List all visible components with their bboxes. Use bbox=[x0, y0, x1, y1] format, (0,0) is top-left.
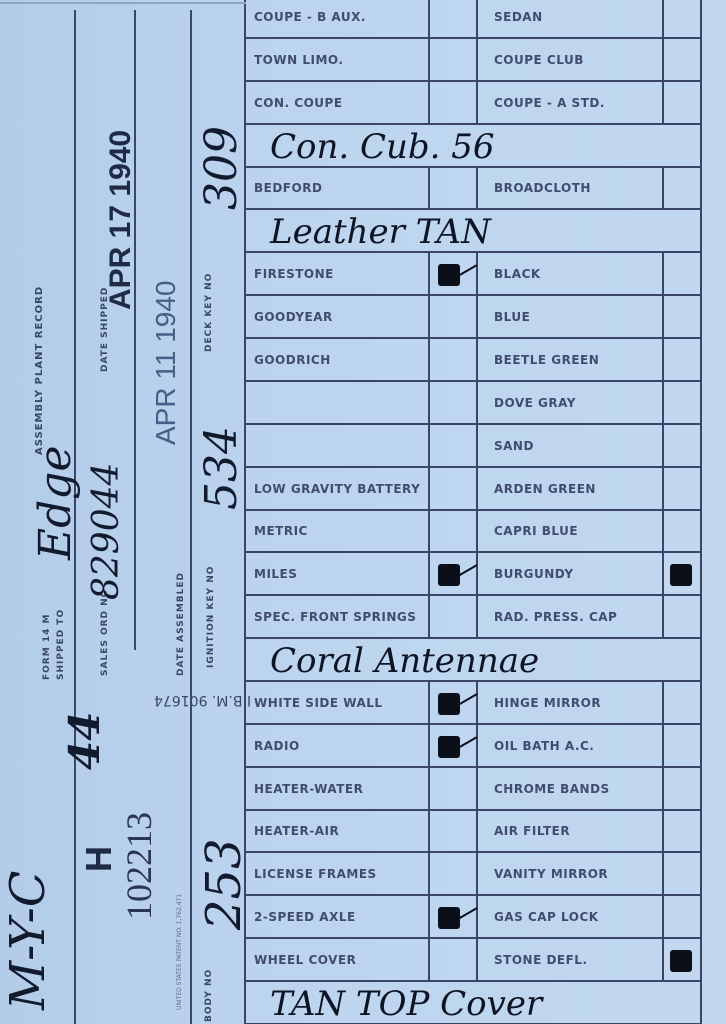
option-label-right: COUPE CLUB bbox=[494, 53, 584, 67]
sales-order-value: 829044 bbox=[86, 463, 127, 600]
option-label-left: SPEC. FRONT SPRINGS bbox=[254, 610, 416, 624]
date-assembled-value: APR 11 1940 bbox=[150, 281, 182, 446]
table-row: HEATER-WATERCHROME BANDS bbox=[246, 768, 702, 811]
option-label-right: CHROME BANDS bbox=[494, 782, 610, 796]
document-title: ASSEMBLY PLANT RECORD bbox=[34, 286, 45, 455]
form-number: FORM 14 M bbox=[42, 614, 53, 680]
divider bbox=[134, 10, 136, 650]
option-label-left: BEDFORD bbox=[254, 181, 322, 195]
body-number-label: BODY NO bbox=[204, 969, 215, 1022]
option-label-left: GOODYEAR bbox=[254, 310, 333, 324]
handwritten-note: Coral Antennae bbox=[270, 641, 539, 681]
option-label-right: BLACK bbox=[494, 267, 541, 281]
table-row: BEDFORDBROADCLOTH bbox=[246, 167, 702, 210]
option-label-left: LOW GRAVITY BATTERY bbox=[254, 482, 420, 496]
option-label-right: SEDAN bbox=[494, 10, 543, 24]
option-label-left: COUPE - B AUX. bbox=[254, 10, 366, 24]
check-mark-icon[interactable] bbox=[670, 950, 692, 972]
table-row: Leather TAN bbox=[246, 210, 702, 253]
date-shipped-value: APR 17 1940 bbox=[104, 130, 138, 310]
option-label-left: TOWN LIMO. bbox=[254, 53, 343, 67]
option-label-right: VANITY MIRROR bbox=[494, 867, 608, 881]
table-row: DOVE GRAY bbox=[246, 382, 702, 425]
table-row: COUPE - B AUX.SEDAN bbox=[246, 0, 702, 39]
table-row: WHITE SIDE WALLHINGE MIRROR bbox=[246, 682, 702, 725]
ignition-key-label: IGNITION KEY NO bbox=[206, 566, 217, 668]
deck-key-value: 309 bbox=[196, 126, 247, 210]
option-label-right: BLUE bbox=[494, 310, 530, 324]
serial-stamp-number: 102213 bbox=[118, 812, 160, 920]
table-row: HEATER-AIRAIR FILTER bbox=[246, 810, 702, 853]
table-row: WHEEL COVERSTONE DEFL. bbox=[246, 939, 702, 982]
option-label-left: MILES bbox=[254, 567, 297, 581]
option-label-right: CAPRI BLUE bbox=[494, 524, 578, 538]
table-row: LICENSE FRAMESVANITY MIRROR bbox=[246, 853, 702, 896]
ignition-key-value: 534 bbox=[196, 426, 247, 510]
check-mark-icon[interactable] bbox=[670, 564, 692, 586]
option-label-left: WHEEL COVER bbox=[254, 953, 356, 967]
option-label-right: SAND bbox=[494, 439, 534, 453]
table-row: LOW GRAVITY BATTERYARDEN GREEN bbox=[246, 468, 702, 511]
assembly-plant-record-card: ASSEMBLY PLANT RECORD FORM 14 M SHIPPED … bbox=[0, 0, 726, 1024]
divider bbox=[190, 10, 192, 1024]
option-label-left: HEATER-WATER bbox=[254, 782, 363, 796]
handwritten-model: 44 bbox=[60, 712, 109, 770]
table-row: CON. COUPECOUPE - A STD. bbox=[246, 82, 702, 125]
table-row: METRICCAPRI BLUE bbox=[246, 510, 702, 553]
deck-key-label: DECK KEY NO bbox=[204, 273, 215, 352]
table-row: Con. Cub. 56 bbox=[246, 125, 702, 168]
option-label-right: RAD. PRESS. CAP bbox=[494, 610, 617, 624]
option-label-right: DOVE GRAY bbox=[494, 396, 576, 410]
option-label-right: GAS CAP LOCK bbox=[494, 910, 599, 924]
table-row: 2-SPEED AXLEGAS CAP LOCK bbox=[246, 896, 702, 939]
option-label-right: OIL BATH A.C. bbox=[494, 739, 594, 753]
handwritten-note: Con. Cub. 56 bbox=[270, 127, 495, 167]
handwritten-note: Leather TAN bbox=[270, 212, 491, 252]
option-label-right: BURGUNDY bbox=[494, 567, 574, 581]
table-row: TAN TOP Cover bbox=[246, 982, 702, 1024]
option-label-right: STONE DEFL. bbox=[494, 953, 588, 967]
table-row: FIRESTONEBLACK bbox=[246, 253, 702, 296]
option-label-left: WHITE SIDE WALL bbox=[254, 696, 383, 710]
option-label-right: ARDEN GREEN bbox=[494, 482, 596, 496]
option-label-left: GOODRICH bbox=[254, 353, 331, 367]
option-label-left: 2-SPEED AXLE bbox=[254, 910, 356, 924]
option-label-left: CON. COUPE bbox=[254, 96, 343, 110]
check-tick-icon bbox=[458, 907, 478, 920]
option-label-left: HEATER-AIR bbox=[254, 824, 339, 838]
date-assembled-label: DATE ASSEMBLED bbox=[176, 572, 187, 676]
option-label-left: RADIO bbox=[254, 739, 300, 753]
check-tick-icon bbox=[458, 264, 478, 277]
options-grid: COUPE - B AUX.SEDANTOWN LIMO.COUPE CLUBC… bbox=[246, 0, 702, 1024]
patent-note: UNITED STATES PATENT NO. 1,762,471 bbox=[176, 894, 183, 1010]
handwritten-note: TAN TOP Cover bbox=[270, 984, 542, 1024]
option-label-right: HINGE MIRROR bbox=[494, 696, 601, 710]
table-row: SPEC. FRONT SPRINGSRAD. PRESS. CAP bbox=[246, 596, 702, 639]
table-row: GOODYEARBLUE bbox=[246, 296, 702, 339]
option-label-left: FIRESTONE bbox=[254, 267, 334, 281]
sales-order-label: SALES ORD NO bbox=[100, 589, 111, 676]
check-tick-icon bbox=[458, 736, 478, 749]
body-number-value: 253 bbox=[196, 838, 252, 930]
table-row: SAND bbox=[246, 425, 702, 468]
check-tick-icon bbox=[458, 693, 478, 706]
option-label-left: METRIC bbox=[254, 524, 308, 538]
table-row: MILESBURGUNDY bbox=[246, 553, 702, 596]
serial-stamp-letter: H bbox=[78, 844, 120, 872]
option-label-right: BEETLE GREEN bbox=[494, 353, 599, 367]
shipped-to-label: SHIPPED TO bbox=[56, 609, 67, 680]
table-row: TOWN LIMO.COUPE CLUB bbox=[246, 39, 702, 82]
table-row: Coral Antennae bbox=[246, 639, 702, 682]
option-label-right: BROADCLOTH bbox=[494, 181, 591, 195]
table-row: GOODRICHBEETLE GREEN bbox=[246, 339, 702, 382]
ibm-form-code: I.B.M. 901674 bbox=[154, 692, 251, 708]
option-label-right: AIR FILTER bbox=[494, 824, 570, 838]
shipped-to-value: Edge bbox=[30, 446, 81, 561]
option-label-left: LICENSE FRAMES bbox=[254, 867, 377, 881]
table-row: RADIOOIL BATH A.C. bbox=[246, 725, 702, 768]
option-label-right: COUPE - A STD. bbox=[494, 96, 605, 110]
check-tick-icon bbox=[458, 564, 478, 577]
divider bbox=[0, 2, 246, 4]
handwritten-origin: M-Y-C bbox=[0, 871, 56, 1010]
